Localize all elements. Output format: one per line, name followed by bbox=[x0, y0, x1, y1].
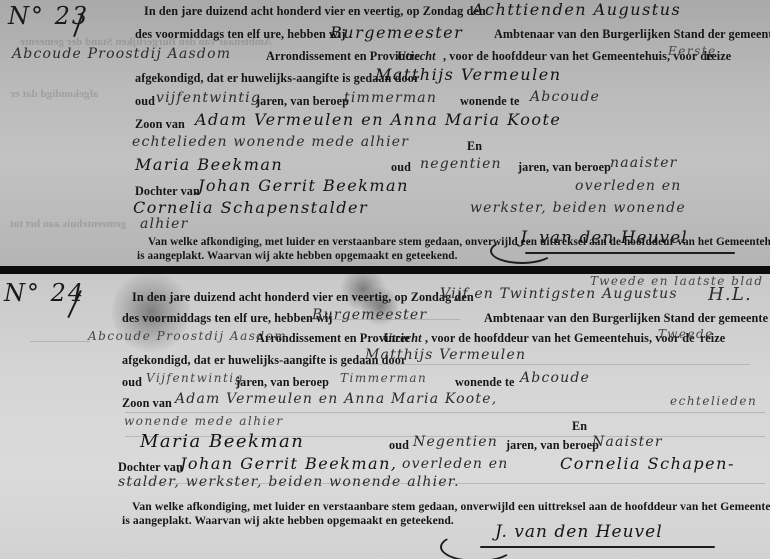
printed-line-2b: Ambtenaar van den Burgerlijken Stand der… bbox=[494, 27, 770, 42]
handwritten-bride: Maria Beekman bbox=[135, 155, 283, 174]
handwritten-bride-father-note: overleden en bbox=[575, 178, 682, 194]
printed-jaren-beroep: jaren, van beroep bbox=[506, 438, 599, 453]
record-23: Ambtenaar van den Burgerlijken Stand der… bbox=[0, 0, 770, 268]
printed-line-4: afgekondigd, dat er huwelijks-aangifte i… bbox=[122, 353, 406, 368]
handwritten-bride-residence: alhier bbox=[140, 216, 189, 232]
registrar-signature: J. van den Heuvel bbox=[495, 522, 663, 542]
handwritten-groom-occupation: Timmerman bbox=[340, 371, 427, 385]
handwritten-municipality: Abcoude Proostdij Aasdom bbox=[12, 46, 231, 62]
printed-line-2a: des voormiddags ten elf ure, hebben wij bbox=[135, 27, 346, 42]
printed-line-2a: des voormiddags ten elf ure, hebben wij bbox=[122, 311, 333, 326]
handwritten-groom-parents-note: echtelieden wonende mede alhier bbox=[132, 134, 409, 150]
printed-line-1: In den jare duizend acht honderd vier en… bbox=[132, 290, 474, 305]
handwritten-groom-parents: Adam Vermeulen en Anna Maria Koote, bbox=[175, 391, 497, 407]
printed-jaren-beroep: jaren, van beroep bbox=[236, 375, 329, 390]
handwritten-groom-age: vijfentwintig bbox=[156, 90, 261, 106]
printed-closing-2: is aangeplakt. Waarvan wij akte hebben o… bbox=[137, 250, 458, 262]
printed-oud: oud bbox=[122, 375, 142, 390]
handwritten-bride-occupation: Naaister bbox=[592, 434, 663, 450]
handwritten-bride-mother-note: werkster, beiden wonende bbox=[470, 200, 686, 216]
printed-zoon-van: Zoon van bbox=[122, 396, 172, 411]
printed-wonende: wonende te bbox=[460, 94, 520, 109]
handwritten-groom-residence: Abcoude bbox=[520, 370, 590, 386]
handwritten-date: Vijf en Twintigsten Augustus bbox=[440, 286, 678, 302]
handwritten-official: Burgemeester bbox=[330, 23, 463, 42]
ruled-line bbox=[360, 364, 750, 365]
printed-zoon-van: Zoon van bbox=[135, 117, 185, 132]
signature-flourish bbox=[440, 532, 514, 559]
printed-en: En bbox=[572, 419, 587, 434]
printed-oud: oud bbox=[389, 438, 409, 453]
handwritten-bride-father-note: overleden en bbox=[402, 456, 509, 472]
ink-bleed-through: afgekondigd dat er bbox=[10, 88, 99, 100]
handwritten-official: Burgemeester bbox=[312, 307, 427, 323]
printed-line-1: In den jare duizend acht honderd vier en… bbox=[144, 4, 486, 19]
printed-dochter-van: Dochter van bbox=[135, 184, 200, 199]
signature-underline bbox=[480, 546, 715, 548]
printed-closing-1: Van welke afkondiging, met luider en ver… bbox=[132, 500, 770, 513]
handwritten-bride-father: Johan Gerrit Beekman, bbox=[180, 454, 397, 473]
printed-oud: oud bbox=[391, 160, 411, 175]
handwritten-bride-occupation: naaister bbox=[610, 155, 678, 171]
printed-wonende: wonende te bbox=[455, 375, 515, 390]
record-24: N° 24 Tweede en laatste blad H.L. In den… bbox=[0, 274, 770, 559]
ruled-line bbox=[30, 341, 90, 342]
handwritten-groom-parents-note: wonende mede alhier bbox=[124, 414, 284, 428]
handwritten-bride-father: Johan Gerrit Beekman bbox=[198, 176, 409, 195]
printed-province: Utrecht bbox=[383, 331, 422, 346]
printed-oud: oud bbox=[135, 94, 155, 109]
printed-dochter-van: Dochter van bbox=[118, 460, 183, 475]
printed-province: Utrecht bbox=[397, 49, 436, 64]
handwritten-bride-age: Negentien bbox=[413, 434, 498, 450]
handwritten-groom-age: Vijfentwintig bbox=[146, 371, 244, 385]
handwritten-groom: Matthijs Vermeulen bbox=[375, 65, 562, 84]
handwritten-groom-occupation: timmerman bbox=[344, 90, 437, 106]
ruled-line bbox=[125, 412, 765, 413]
printed-jaren-beroep: jaren, van beroep bbox=[518, 160, 611, 175]
signature-flourish bbox=[490, 238, 554, 264]
printed-line-2b: Ambtenaar van den Burgerlijken Stand der… bbox=[484, 311, 768, 326]
printed-closing-2: is aangeplakt. Waarvan wij akte hebben o… bbox=[122, 514, 454, 527]
signature-underline bbox=[525, 252, 735, 254]
handwritten-bride-mother: Cornelia Schapen- bbox=[560, 454, 735, 473]
handwritten-groom-residence: Abcoude bbox=[530, 89, 600, 105]
handwritten-groom-parents: Adam Vermeulen en Anna Maria Koote bbox=[195, 110, 561, 129]
handwritten-bride-age: negentien bbox=[420, 156, 502, 172]
handwritten-bride: Maria Beekman bbox=[140, 431, 304, 452]
ink-bleed-through: gemeentehuis aan het tot bbox=[10, 218, 126, 230]
printed-line-3c: reize bbox=[706, 49, 731, 64]
printed-line-3c: reize bbox=[700, 331, 725, 346]
margin-paraph: H.L. bbox=[708, 284, 752, 305]
handwritten-groom-parents-tail: echtelieden bbox=[670, 394, 757, 408]
handwritten-bride-mother: Cornelia Schapenstalder bbox=[133, 198, 368, 217]
printed-jaren-beroep: jaren, van beroep bbox=[256, 94, 349, 109]
handwritten-bride-mother-cont: stalder, werkster, beiden wonende alhier… bbox=[118, 474, 460, 490]
printed-line-3b: , voor de hoofddeur van het Gemeentehuis… bbox=[425, 331, 695, 346]
handwritten-date: Achttienden Augustus bbox=[472, 0, 681, 19]
handwritten-groom: Matthijs Vermeulen bbox=[365, 347, 526, 363]
printed-en: En bbox=[467, 139, 482, 154]
